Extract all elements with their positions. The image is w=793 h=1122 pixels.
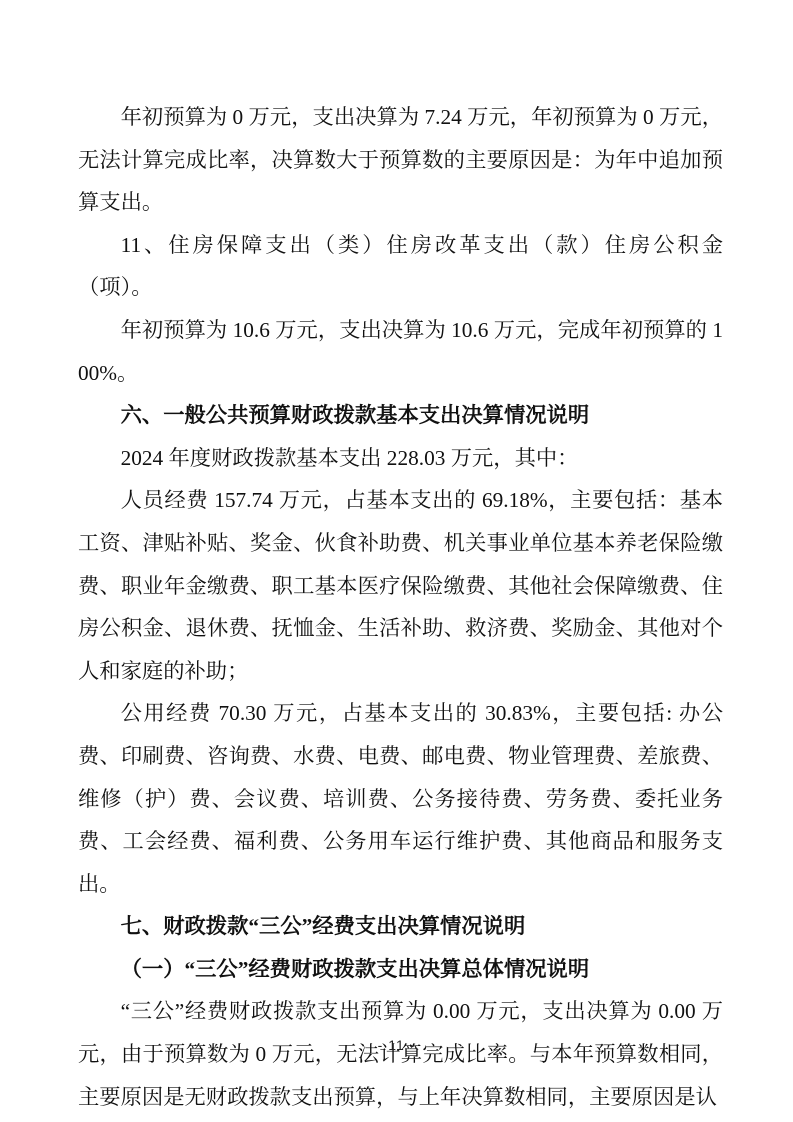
paragraph: 年初预算为 0 万元，支出决算为 7.24 万元，年初预算为 0 万元，无法计算… bbox=[78, 96, 723, 224]
paragraph: 11、住房保障支出（类）住房改革支出（款）住房公积金（项）。 bbox=[78, 224, 723, 309]
paragraph: 公用经费 70.30 万元，占基本支出的 30.83%，主要包括: 办公费、印刷… bbox=[78, 692, 723, 905]
subsection-heading: （一）“三公”经费财政拨款支出决算总体情况说明 bbox=[78, 948, 723, 991]
page-number: - 11 - bbox=[0, 1037, 793, 1053]
paragraph: 年初预算为 10.6 万元，支出决算为 10.6 万元，完成年初预算的 100%… bbox=[78, 309, 723, 394]
section-heading: 六、一般公共预算财政拨款基本支出决算情况说明 bbox=[78, 394, 723, 437]
paragraph: “三公”经费财政拨款支出预算为 0.00 万元，支出决算为 0.00 万元，由于… bbox=[78, 990, 723, 1118]
document-body: 年初预算为 0 万元，支出决算为 7.24 万元，年初预算为 0 万元，无法计算… bbox=[78, 96, 723, 1118]
paragraph: 人员经费 157.74 万元，占基本支出的 69.18%，主要包括：基本工资、津… bbox=[78, 479, 723, 692]
section-heading: 七、财政拨款“三公”经费支出决算情况说明 bbox=[78, 905, 723, 948]
paragraph: 2024 年度财政拨款基本支出 228.03 万元，其中： bbox=[78, 437, 723, 480]
document-page: 年初预算为 0 万元，支出决算为 7.24 万元，年初预算为 0 万元，无法计算… bbox=[0, 0, 793, 1122]
